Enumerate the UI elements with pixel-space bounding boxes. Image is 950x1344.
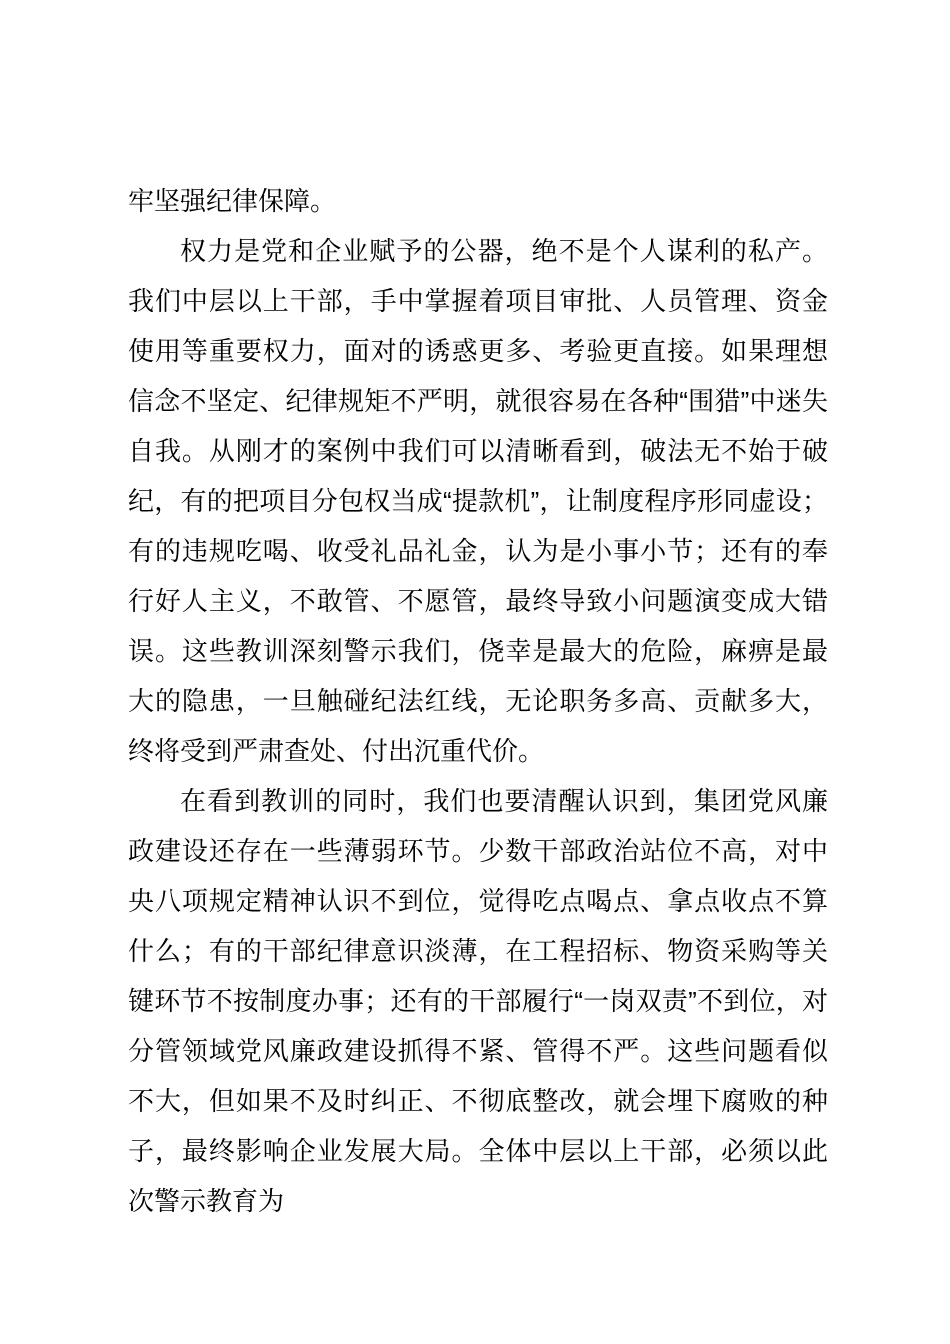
paragraph-weak-links-in-party-conduct: 在看到教训的同时，我们也要清醒认识到，集团党风廉政建设还存在一些薄弱环节。少数干…: [128, 776, 828, 1226]
document-page: 牢坚强纪律保障。 权力是党和企业赋予的公器，绝不是个人谋利的私产。我们中层以上干…: [0, 0, 950, 1344]
document-text-block: 牢坚强纪律保障。 权力是党和企业赋予的公器，绝不是个人谋利的私产。我们中层以上干…: [128, 176, 828, 1226]
paragraph-continuation: 牢坚强纪律保障。: [128, 176, 828, 226]
paragraph-power-is-public-instrument: 权力是党和企业赋予的公器，绝不是个人谋利的私产。我们中层以上干部，手中掌握着项目…: [128, 226, 828, 776]
